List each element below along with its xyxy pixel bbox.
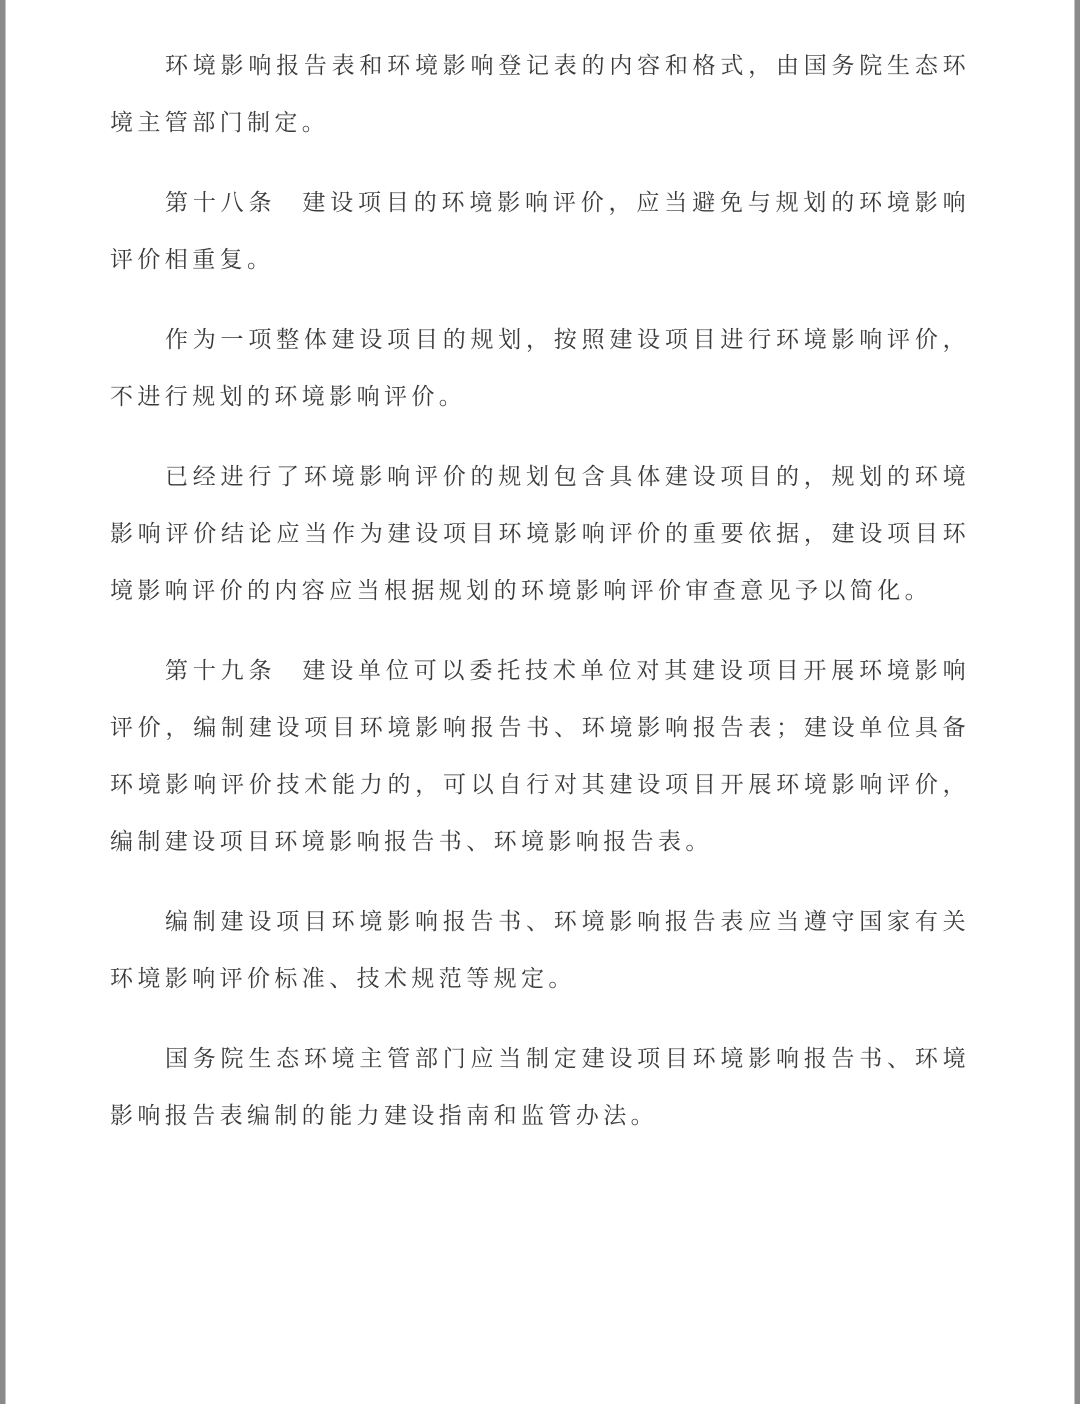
paragraph-text: 已经进行了环境影响评价的规划包含具体建设项目的，规划的环境影响评价结论应当作为建… — [110, 464, 970, 604]
article-number: 第十九条 — [165, 658, 276, 684]
document-page[interactable]: 环境影响报告表和环境影响登记表的内容和格式，由国务院生态环境主管部门制定。 第十… — [6, 0, 1074, 1404]
paragraph-1: 环境影响报告表和环境影响登记表的内容和格式，由国务院生态环境主管部门制定。 — [110, 38, 970, 152]
paragraph-4: 已经进行了环境影响评价的规划包含具体建设项目的，规划的环境影响评价结论应当作为建… — [110, 449, 970, 620]
paragraph-6: 编制建设项目环境影响报告书、环境影响报告表应当遵守国家有关环境影响评价标准、技术… — [110, 894, 970, 1008]
article-number: 第十八条 — [165, 190, 276, 216]
page-edge-right — [1074, 0, 1080, 1404]
paragraph-text: 编制建设项目环境影响报告书、环境影响报告表应当遵守国家有关环境影响评价标准、技术… — [110, 909, 970, 992]
paragraph-text: 建设单位可以委托技术单位对其建设项目开展环境影响评价，编制建设项目环境影响报告书… — [110, 658, 970, 855]
paragraph-text: 环境影响报告表和环境影响登记表的内容和格式，由国务院生态环境主管部门制定。 — [110, 53, 970, 136]
paragraph-7: 国务院生态环境主管部门应当制定建设项目环境影响报告书、环境影响报告表编制的能力建… — [110, 1031, 970, 1145]
paragraph-text: 作为一项整体建设项目的规划，按照建设项目进行环境影响评价，不进行规划的环境影响评… — [110, 327, 970, 410]
document-viewer: 环境影响报告表和环境影响登记表的内容和格式，由国务院生态环境主管部门制定。 第十… — [0, 0, 1080, 1404]
page-content: 环境影响报告表和环境影响登记表的内容和格式，由国务院生态环境主管部门制定。 第十… — [110, 38, 970, 1168]
paragraph-article-19: 第十九条建设单位可以委托技术单位对其建设项目开展环境影响评价，编制建设项目环境影… — [110, 643, 970, 871]
paragraph-text: 国务院生态环境主管部门应当制定建设项目环境影响报告书、环境影响报告表编制的能力建… — [110, 1046, 970, 1129]
paragraph-3: 作为一项整体建设项目的规划，按照建设项目进行环境影响评价，不进行规划的环境影响评… — [110, 312, 970, 426]
paragraph-article-18: 第十八条建设项目的环境影响评价，应当避免与规划的环境影响评价相重复。 — [110, 175, 970, 289]
